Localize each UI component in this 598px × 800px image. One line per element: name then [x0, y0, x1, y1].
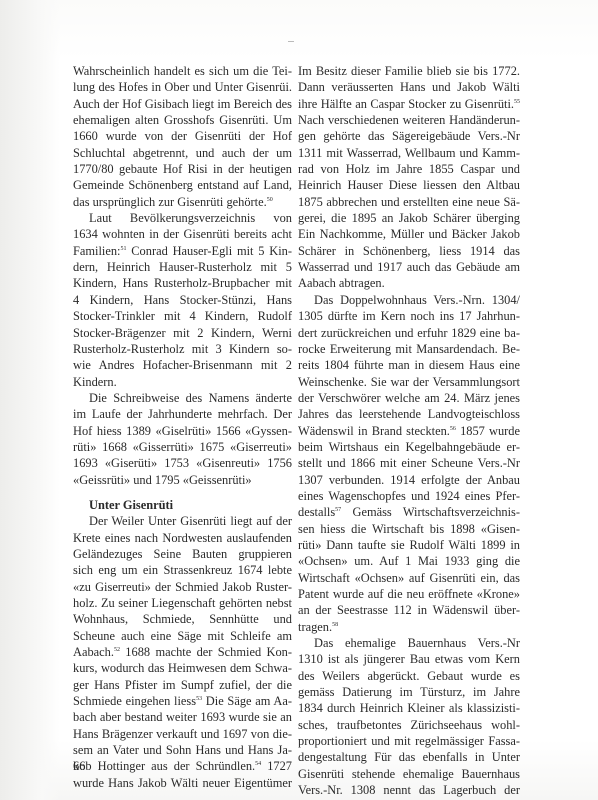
- text-line: 1660 wurde von der Gisenrüti der Hof: [73, 128, 292, 144]
- text-line: Wohnhaus, Schmiede, Sennhütte und: [73, 611, 292, 627]
- text-line: Wahrscheinlich handelt es sich um die Te…: [73, 63, 292, 79]
- line-text: Laut Bevölkerungsverzeichnis von: [89, 211, 292, 225]
- text-line: der Verschwörer welche am 24. März jenes: [298, 390, 520, 406]
- text-line: rocke Erweiterung mit Mansardendach. Be-: [298, 341, 520, 357]
- text-line: Wädenswil in Brand steckten.56 1857 wurd…: [298, 423, 520, 439]
- left-text-column: Wahrscheinlich handelt es sich um die Te…: [73, 63, 292, 791]
- text-line: 1634 wohnten in der Gisenrüti bereits ac…: [73, 226, 292, 242]
- line-text: sen hiess die Wirtschaft bis 1898 «Gisen…: [298, 522, 520, 536]
- text-line: stellt und 1866 mit einer Scheune Vers.-…: [298, 455, 520, 471]
- line-text: Scheune auch eine Säge mit Schleife am: [73, 629, 292, 643]
- text-line: 1305 dürfte im Kern noch ins 17 Jahrhun-: [298, 308, 520, 324]
- line-text: gen gehörte das Sägereigebäude Vers.-Nr: [298, 129, 520, 143]
- section-heading: Unter Gisenrüti: [73, 497, 292, 513]
- line-text: 1693 «Giserüti» 1753 «Gisenreuti» 1756: [73, 456, 292, 470]
- line-text: Die Schreibweise des Namens änderte: [89, 391, 292, 405]
- text-line: Stocker-Brägenzer mit 2 Kindern, Werni: [73, 325, 292, 341]
- line-text: 1310 ist als jüngerer Bau etwas vom Kern: [298, 652, 520, 666]
- text-line: 1311 mit Wasserrad, Wellbaum und Kamm-: [298, 145, 520, 161]
- line-text: dengestaltung Für das ebenfalls in Unter: [298, 750, 520, 764]
- paragraph-gap: [73, 488, 292, 497]
- line-text: tragen.: [298, 620, 332, 634]
- line-text: Aabach abtragen.: [298, 276, 385, 290]
- text-line: tragen.58: [298, 619, 520, 635]
- line-text: Schluchtal abgetrennt, und auch der um: [73, 146, 292, 160]
- line-text: Wahrscheinlich handelt es sich um die Te…: [73, 64, 292, 78]
- text-line: sches, traufbetontes Zürichseehaus wohl-: [298, 717, 520, 733]
- line-text: lung des Hofes in Ober und Unter Gisenrü…: [73, 80, 292, 94]
- line-text: wie Andres Hofacher-Brisenmann mit 2: [73, 358, 292, 372]
- line-text: «Geissrüti» und 1795 «Geissenrüti»: [73, 473, 252, 487]
- text-line: Der Weiler Unter Gisenrüti liegt auf der: [73, 513, 292, 529]
- line-text: Schmiede eingehen liess: [73, 694, 196, 708]
- line-text: ehemaligen alten Grosshofs Gisenrüti. Um: [73, 113, 292, 127]
- text-line: Wasserrad und 1917 auch das Gebäude am: [298, 259, 520, 275]
- line-text-after: Conrad Hauser-Egli mit 5 Kin-: [127, 244, 293, 258]
- text-line: Weinschenke. Sie war der Versammlungsort: [298, 374, 520, 390]
- text-line: Aabach abtragen.: [298, 275, 520, 291]
- text-line: 4 Kindern, Hans Stocker-Stünzi, Hans: [73, 292, 292, 308]
- line-text: kob Hottinger aus der Schründlen.: [73, 759, 255, 773]
- text-line: kob Hottinger aus der Schründlen.54 1727: [73, 758, 292, 774]
- line-text: Wädenswil in Brand steckten.: [298, 424, 450, 438]
- text-line: destalls57 Gemäss Wirtschaftsverzeichnis…: [298, 504, 520, 520]
- line-text: ihre Hälfte an Caspar Stocker zu Gisenrü…: [298, 97, 514, 111]
- text-line: holz. Zu seiner Liegenschaft gehörten ne…: [73, 595, 292, 611]
- line-text: das ursprünglich zur Gisenrüti gehörte.: [73, 195, 267, 209]
- line-text: kurs, wodurch das Heimwesen dem Schwa-: [73, 661, 292, 675]
- footnote-ref: 58: [332, 622, 338, 628]
- line-text: 1875 abbrechen und erstellten eine neue …: [298, 195, 520, 209]
- text-line: rad von Holz im Jahre 1855 Caspar und: [298, 161, 520, 177]
- text-line: Das Doppelwohnhaus Vers.-Nrn. 1304/: [298, 292, 520, 308]
- text-line: Scheune auch eine Säge mit Schleife am: [73, 628, 292, 644]
- line-text: Nach verschiedenen weiteren Handänderun-: [298, 113, 520, 127]
- line-text: ger Hans Pfister im Sumpf zufiel, der di…: [73, 678, 292, 692]
- text-line: lung des Hofes in Ober und Unter Gisenrü…: [73, 79, 292, 95]
- text-line: bach aber bestand weiter 1693 wurde sie …: [73, 709, 292, 725]
- book-page: Wahrscheinlich handelt es sich um die Te…: [0, 0, 598, 800]
- line-text: Patent wurde auf die neu eröffnete «Kron…: [298, 587, 520, 601]
- line-text: Im Besitz dieser Familie blieb sie bis 1…: [298, 64, 520, 78]
- text-line: Stocker-Trinkler mit 4 Kindern, Rudolf: [73, 308, 292, 324]
- crop-mark: [288, 41, 294, 42]
- line-text: stellt und 1866 mit einer Scheune Vers.-…: [298, 456, 520, 470]
- right-text-column: Im Besitz dieser Familie blieb sie bis 1…: [298, 63, 520, 798]
- line-text: dern, Heinrich Hauser-Rusterholz mit 5: [73, 260, 292, 274]
- page-number: 66: [73, 759, 85, 774]
- text-line: dert zurückreichen und erfuhr 1829 eine …: [298, 325, 520, 341]
- line-text: proportioniert und mit regelmässiger Fas…: [298, 734, 520, 748]
- line-text: Unter Gisenrüti: [89, 498, 173, 512]
- text-line: gerei, die 1895 an Jakob Schärer übergin…: [298, 210, 520, 226]
- line-text: der Verschwörer welche am 24. März jenes: [298, 391, 520, 405]
- text-line: «Ochsen» um. Auf 1 Mai 1933 ging die: [298, 553, 520, 569]
- text-line: dern, Heinrich Hauser-Rusterholz mit 5: [73, 259, 292, 275]
- line-text: Jahres das leerstehende Landvogteischlos…: [298, 407, 520, 421]
- line-text: «zu Giserreuti» der Schmied Jakob Ruster…: [73, 580, 292, 594]
- text-line: «Geissrüti» und 1795 «Geissenrüti»: [73, 472, 292, 488]
- text-line: kurs, wodurch das Heimwesen dem Schwa-: [73, 660, 292, 676]
- text-line: gen gehörte das Sägereigebäude Vers.-Nr: [298, 128, 520, 144]
- text-line: Kindern.: [73, 374, 292, 390]
- text-line: Gisenrüti stehende ehemalige Bauernhaus: [298, 766, 520, 782]
- line-text: gemäss Datierung im Türsturz, im Jahre: [298, 685, 520, 699]
- text-line: 1307 verbunden. 1914 erfolgte der Anbau: [298, 472, 520, 488]
- line-text: Hof hiess 1389 «Giselrüti» 1566 «Gyssen-: [73, 424, 292, 438]
- text-line: Kindern, Hans Rusterholz-Brupbacher mit: [73, 275, 292, 291]
- line-text: Wirtschaft «Ochsen» auf Gisenrüti ein, d…: [298, 571, 520, 585]
- line-text: Stocker-Trinkler mit 4 Kindern, Rudolf: [73, 309, 292, 323]
- line-text: Stocker-Brägenzer mit 2 Kindern, Werni: [73, 326, 292, 340]
- line-text: Der Weiler Unter Gisenrüti liegt auf der: [89, 514, 292, 528]
- footnote-ref: 55: [514, 99, 520, 105]
- line-text: eines Wagenschopfes und 1924 eines Pfer-: [298, 489, 520, 503]
- text-line: 1310 ist als jüngerer Bau etwas vom Kern: [298, 651, 520, 667]
- line-text: 1311 mit Wasserrad, Wellbaum und Kamm-: [298, 146, 520, 160]
- text-line: Die Schreibweise des Namens änderte: [73, 390, 292, 406]
- line-text: 4 Kindern, Hans Stocker-Stünzi, Hans: [73, 293, 292, 307]
- line-text: rad von Holz im Jahre 1855 Caspar und: [298, 162, 520, 176]
- text-line: Rusterholz-Rusterholz mit 3 Kindern so-: [73, 341, 292, 357]
- text-line: beim Wirtshaus ein Kegelbahngebäude er-: [298, 439, 520, 455]
- text-line: ger Hans Pfister im Sumpf zufiel, der di…: [73, 677, 292, 693]
- line-text: sches, traufbetontes Zürichseehaus wohl-: [298, 718, 520, 732]
- line-text: holz. Zu seiner Liegenschaft gehörten ne…: [73, 596, 292, 610]
- text-line: 1834 durch Heinrich Kleiner als klassizi…: [298, 700, 520, 716]
- text-line: sem an Vater und Sohn Hans und Hans Ja-: [73, 742, 292, 758]
- line-text: Dann veräusserten Hans und Jakob Wälti: [298, 80, 520, 94]
- text-line: rüti» 1668 «Gisserrüti» 1675 «Giserreuti…: [73, 439, 292, 455]
- text-line: Schärer in Schönenberg, liess 1914 das: [298, 243, 520, 259]
- line-text: Heinrich Hauser Diese liessen den Altbau: [298, 178, 520, 192]
- line-text: Vers.-Nr. 1308 nennt das Lagerbuch der: [298, 783, 520, 797]
- line-text: Gisenrüti stehende ehemalige Bauernhaus: [298, 767, 520, 781]
- line-text: sich eng um ein Strassenkreuz 1674 lebte: [73, 563, 292, 577]
- line-text: Kindern.: [73, 375, 117, 389]
- line-text: Wohnhaus, Schmiede, Sennhütte und: [73, 612, 292, 626]
- line-text: gerei, die 1895 an Jakob Schärer übergin…: [298, 211, 520, 225]
- text-line: Nach verschiedenen weiteren Handänderun-: [298, 112, 520, 128]
- text-line: dengestaltung Für das ebenfalls in Unter: [298, 749, 520, 765]
- text-line: Das ehemalige Bauernhaus Vers.-Nr: [298, 635, 520, 651]
- text-line: sen hiess die Wirtschaft bis 1898 «Gisen…: [298, 521, 520, 537]
- text-line: Hof hiess 1389 «Giselrüti» 1566 «Gyssen-: [73, 423, 292, 439]
- line-text-after: 1727: [261, 759, 292, 773]
- text-line: Ein Nachkomme, Müller und Bäcker Jakob: [298, 226, 520, 242]
- line-text: Familien:: [73, 244, 121, 258]
- line-text: Hans Brägenzer verkauft und 1697 von die…: [73, 727, 292, 741]
- text-line: Patent wurde auf die neu eröffnete «Kron…: [298, 586, 520, 602]
- text-line: Auch der Hof Gisibach liegt im Bereich d…: [73, 96, 292, 112]
- line-text: reits 1804 führte man in diesem Haus ein…: [298, 358, 520, 372]
- text-line: Wirtschaft «Ochsen» auf Gisenrüti ein, d…: [298, 570, 520, 586]
- line-text-after: Gemäss Wirtschaftsverzeichnis-: [341, 505, 520, 519]
- text-line: rüti» Dann taufte sie Rudolf Wälti 1899 …: [298, 537, 520, 553]
- text-line: Schmiede eingehen liess53 Die Säge am Aa…: [73, 693, 292, 709]
- line-text-after: Die Säge am Aa-: [202, 694, 292, 708]
- line-text: destalls: [298, 505, 335, 519]
- line-text: Weinschenke. Sie war der Versammlungsort: [298, 375, 520, 389]
- text-line: eines Wagenschopfes und 1924 eines Pfer-: [298, 488, 520, 504]
- text-line: Heinrich Hauser Diese liessen den Altbau: [298, 177, 520, 193]
- text-line: 1693 «Giserüti» 1753 «Gisenreuti» 1756: [73, 455, 292, 471]
- line-text: Geländezuges Seine Bauten gruppieren: [73, 547, 292, 561]
- text-line: «zu Giserreuti» der Schmied Jakob Ruster…: [73, 579, 292, 595]
- text-line: reits 1804 führte man in diesem Haus ein…: [298, 357, 520, 373]
- line-text: Kindern, Hans Rusterholz-Brupbacher mit: [73, 276, 292, 290]
- line-text: Schärer in Schönenberg, liess 1914 das: [298, 244, 520, 258]
- line-text: im Laufe der Jahrhunderte mehrfach. Der: [73, 407, 292, 421]
- line-text: Wasserrad und 1917 auch das Gebäude am: [298, 260, 520, 274]
- line-text: 1660 wurde von der Gisenrüti der Hof: [73, 129, 292, 143]
- text-line: Krete eines nach Nordwesten auslaufenden: [73, 530, 292, 546]
- line-text: Das Doppelwohnhaus Vers.-Nrn. 1304/: [314, 293, 520, 307]
- text-line: Jahres das leerstehende Landvogteischlos…: [298, 406, 520, 422]
- line-text: Rusterholz-Rusterholz mit 3 Kindern so-: [73, 342, 292, 356]
- text-line: Im Besitz dieser Familie blieb sie bis 1…: [298, 63, 520, 79]
- text-line: Hans Brägenzer verkauft und 1697 von die…: [73, 726, 292, 742]
- line-text: 1770/80 gebaute Hof Risi in der heutigen: [73, 162, 292, 176]
- line-text: rocke Erweiterung mit Mansardendach. Be-: [298, 342, 520, 356]
- text-line: wurde Hans Jakob Wälti neuer Eigentümer: [73, 775, 292, 791]
- text-line: Dann veräusserten Hans und Jakob Wälti: [298, 79, 520, 95]
- text-line: Laut Bevölkerungsverzeichnis von: [73, 210, 292, 226]
- line-text: Das ehemalige Bauernhaus Vers.-Nr: [314, 636, 520, 650]
- line-text: an der Seestrasse 112 in Wädenswil über-: [298, 603, 520, 617]
- text-line: im Laufe der Jahrhunderte mehrfach. Der: [73, 406, 292, 422]
- text-line: Geländezuges Seine Bauten gruppieren: [73, 546, 292, 562]
- text-line: wie Andres Hofacher-Brisenmann mit 2: [73, 357, 292, 373]
- line-text: «Ochsen» um. Auf 1 Mai 1933 ging die: [298, 554, 520, 568]
- text-line: gemäss Datierung im Türsturz, im Jahre: [298, 684, 520, 700]
- footnote-ref: 50: [267, 197, 273, 203]
- line-text: rüti» 1668 «Gisserrüti» 1675 «Giserreuti…: [73, 440, 292, 454]
- line-text: Krete eines nach Nordwesten auslaufenden: [73, 531, 292, 545]
- text-line: des Weilers abgerückt. Gebaut wurde es: [298, 668, 520, 684]
- text-line: proportioniert und mit regelmässiger Fas…: [298, 733, 520, 749]
- line-text: beim Wirtshaus ein Kegelbahngebäude er-: [298, 440, 520, 454]
- text-line: Gemeinde Schönenberg entstand auf Land,: [73, 177, 292, 193]
- line-text: wurde Hans Jakob Wälti neuer Eigentümer: [73, 776, 292, 790]
- text-line: an der Seestrasse 112 in Wädenswil über-: [298, 602, 520, 618]
- text-line: ehemaligen alten Grosshofs Gisenrüti. Um: [73, 112, 292, 128]
- line-text: 1305 dürfte im Kern noch ins 17 Jahrhun-: [298, 309, 520, 323]
- line-text: Aabach.: [73, 645, 114, 659]
- line-text: dert zurückreichen und erfuhr 1829 eine …: [298, 326, 520, 340]
- line-text: Auch der Hof Gisibach liegt im Bereich d…: [73, 97, 292, 111]
- line-text: Ein Nachkomme, Müller und Bäcker Jakob: [298, 227, 520, 241]
- line-text: 1834 durch Heinrich Kleiner als klassizi…: [298, 701, 520, 715]
- line-text: rüti» Dann taufte sie Rudolf Wälti 1899 …: [298, 538, 520, 552]
- line-text-after: 1857 wurde: [456, 424, 520, 438]
- text-line: Schluchtal abgetrennt, und auch der um: [73, 145, 292, 161]
- text-line: sich eng um ein Strassenkreuz 1674 lebte: [73, 562, 292, 578]
- line-text-after: 1688 machte der Schmied Kon-: [120, 645, 292, 659]
- line-text: Gemeinde Schönenberg entstand auf Land,: [73, 178, 292, 192]
- text-line: Vers.-Nr. 1308 nennt das Lagerbuch der: [298, 782, 520, 798]
- text-line: Familien:51 Conrad Hauser-Egli mit 5 Kin…: [73, 243, 292, 259]
- line-text: sem an Vater und Sohn Hans und Hans Ja-: [73, 743, 292, 757]
- line-text: des Weilers abgerückt. Gebaut wurde es: [298, 669, 520, 683]
- text-line: Aabach.52 1688 machte der Schmied Kon-: [73, 644, 292, 660]
- text-line: 1770/80 gebaute Hof Risi in der heutigen: [73, 161, 292, 177]
- text-line: ihre Hälfte an Caspar Stocker zu Gisenrü…: [298, 96, 520, 112]
- text-line: das ursprünglich zur Gisenrüti gehörte.5…: [73, 194, 292, 210]
- line-text: 1634 wohnten in der Gisenrüti bereits ac…: [73, 227, 292, 241]
- line-text: bach aber bestand weiter 1693 wurde sie …: [73, 710, 292, 724]
- line-text: 1307 verbunden. 1914 erfolgte der Anbau: [298, 473, 520, 487]
- text-line: 1875 abbrechen und erstellten eine neue …: [298, 194, 520, 210]
